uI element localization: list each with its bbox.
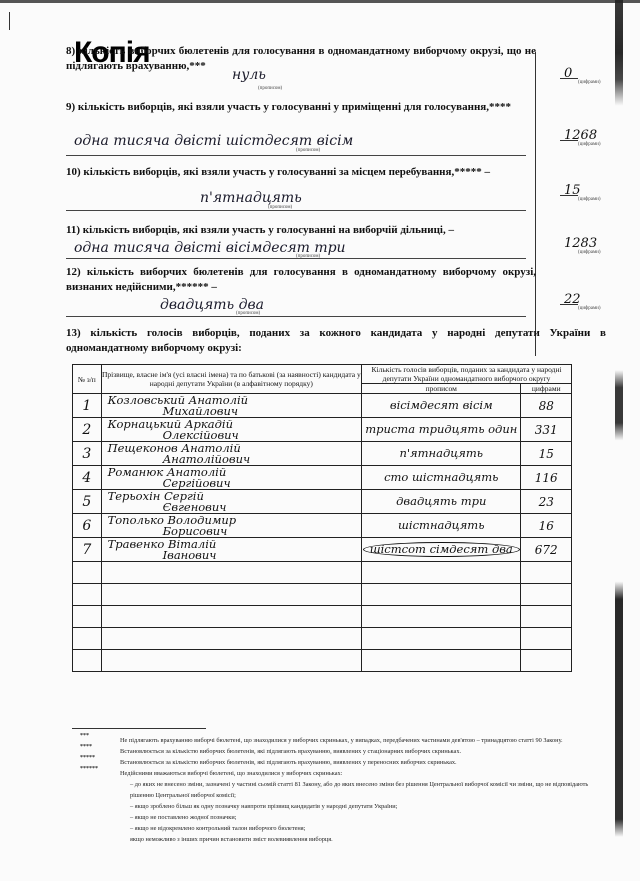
- item-11: 11) кількість виборців, які взяли участь…: [66, 223, 536, 238]
- item-10-words-caption: (прописом): [268, 205, 292, 210]
- empty-cell: [73, 650, 102, 672]
- scan-top-edge: [0, 0, 640, 3]
- item-12-digits-caption: (цифрами): [578, 306, 600, 311]
- circled-votes-words: шістсот сімдесят два: [363, 542, 520, 557]
- table-row: 1Козловський АнатолійМихайловичвісімдеся…: [73, 394, 572, 418]
- candidate-votes-digits: 15: [521, 442, 572, 466]
- footnote-text: Не підлягають врахуванню виборчі бюлетен…: [70, 735, 605, 746]
- candidates-votes-table: № з/п Прізвище, власне ім'я (усі власні …: [72, 364, 572, 672]
- item-12-words-caption: (прописом): [236, 311, 260, 316]
- item-8-label: 8) кількість виборчих бюлетенів для голо…: [66, 44, 536, 74]
- empty-table-row: [73, 650, 572, 672]
- item-12-underline: [66, 316, 526, 317]
- candidate-number: 6: [73, 514, 102, 538]
- footnote-mark: ***: [80, 731, 89, 742]
- candidate-votes-digits: 672: [521, 538, 572, 562]
- table-row: 7Травенко ВіталійІвановичшістсот сімдеся…: [73, 538, 572, 562]
- item-8-words-caption: (прописом): [258, 86, 282, 91]
- candidate-votes-digits: 88: [521, 394, 572, 418]
- candidate-votes-words: триста тридцять один: [362, 418, 521, 442]
- item-10-label: 10) кількість виборців, які взяли участь…: [66, 165, 536, 180]
- table-row: 2Корнацький АркадійОлексійовичтриста три…: [73, 418, 572, 442]
- footnote-bullet: – якщо не відокремлено контрольний талон…: [70, 823, 605, 834]
- candidate-patronymic: Борисович: [108, 526, 362, 537]
- footnote-bullet: – до яких не внесено зміни, зазначені у …: [70, 779, 605, 801]
- footnote-bullet: – якщо не поставлено жодної позначки;: [70, 812, 605, 823]
- table-row: 4Романюк АнатолійСергійовичсто шістнадця…: [73, 466, 572, 490]
- candidate-name: Пещеконов АнатолійАнатолійович: [101, 442, 362, 466]
- footnote: ****Встановлюється за кількістю виборчих…: [70, 746, 605, 757]
- empty-cell: [101, 562, 362, 584]
- digits-underline: [560, 304, 578, 305]
- candidate-number: 4: [73, 466, 102, 490]
- votes-words: п'ятнадцять: [399, 446, 483, 460]
- candidate-number: 2: [73, 418, 102, 442]
- candidate-patronymic: Євгенович: [108, 502, 362, 513]
- candidate-patronymic: Михайлович: [108, 406, 362, 417]
- item-11-label: 11) кількість виборців, які взяли участь…: [66, 223, 536, 238]
- item-9-label: 9) кількість виборців, які взяли участь …: [66, 100, 536, 115]
- empty-cell: [521, 606, 572, 628]
- candidate-patronymic: Олексійович: [108, 430, 362, 441]
- candidate-votes-words: двадцять три: [362, 490, 521, 514]
- item-10-underline: [66, 210, 526, 211]
- votes-words: двадцять три: [396, 494, 486, 508]
- footnote-text: Встановлюється за кількістю виборчих бюл…: [70, 757, 605, 768]
- footnote-text: Недійсними вважаються виборчі бюлетені, …: [70, 768, 605, 779]
- digits-column-divider: [535, 52, 536, 356]
- candidate-name: Тополько ВолодимирБорисович: [101, 514, 362, 538]
- item-9-words: одна тисяча двісті шістдесят вісім: [74, 133, 353, 149]
- candidate-votes-digits: 116: [521, 466, 572, 490]
- candidate-votes-digits: 23: [521, 490, 572, 514]
- header-votes-words: прописом: [362, 384, 521, 394]
- empty-cell: [362, 650, 521, 672]
- item-10: 10) кількість виборців, які взяли участь…: [66, 165, 536, 180]
- footnote: ******Недійсними вважаються виборчі бюле…: [70, 768, 605, 845]
- empty-cell: [362, 562, 521, 584]
- empty-table-row: [73, 584, 572, 606]
- candidate-patronymic: Анатолійович: [108, 454, 362, 465]
- empty-cell: [101, 584, 362, 606]
- candidate-name: Романюк АнатолійСергійович: [101, 466, 362, 490]
- empty-cell: [73, 584, 102, 606]
- item-9-underline: [66, 155, 526, 156]
- table-row: 3Пещеконов АнатолійАнатолійовичп'ятнадця…: [73, 442, 572, 466]
- empty-cell: [362, 628, 521, 650]
- candidate-name: Козловський АнатолійМихайлович: [101, 394, 362, 418]
- empty-cell: [521, 584, 572, 606]
- candidate-number: 5: [73, 490, 102, 514]
- item-8-digits-caption: (цифрами): [578, 80, 600, 85]
- item-11-digits: 1283: [564, 236, 597, 251]
- candidate-number: 1: [73, 394, 102, 418]
- candidate-votes-words: п'ятнадцять: [362, 442, 521, 466]
- empty-cell: [362, 584, 521, 606]
- candidate-number: 7: [73, 538, 102, 562]
- empty-cell: [73, 628, 102, 650]
- digits-underline: [560, 140, 578, 141]
- empty-cell: [101, 606, 362, 628]
- candidate-votes-digits: 331: [521, 418, 572, 442]
- header-number: № з/п: [73, 365, 102, 394]
- candidate-votes-words: сто шістнадцять: [362, 466, 521, 490]
- table-row: 5Терьохін СергійЄвгеновичдвадцять три23: [73, 490, 572, 514]
- scan-edge-shadow: [615, 0, 623, 881]
- footnote-mark: ****: [80, 742, 92, 753]
- empty-cell: [521, 628, 572, 650]
- item-13-label: 13) кількість голосів виборців, поданих …: [66, 326, 606, 356]
- votes-words: сто шістнадцять: [384, 470, 498, 484]
- item-9: 9) кількість виборців, які взяли участь …: [66, 100, 536, 115]
- empty-table-row: [73, 628, 572, 650]
- empty-table-row: [73, 562, 572, 584]
- empty-cell: [73, 562, 102, 584]
- candidate-votes-digits: 16: [521, 514, 572, 538]
- scan-mark: [9, 12, 10, 30]
- empty-cell: [521, 650, 572, 672]
- item-8: 8) кількість виборчих бюлетенів для голо…: [66, 44, 536, 74]
- item-10-words: п'ятнадцять: [200, 190, 302, 206]
- footnote-mark: ******: [80, 764, 98, 775]
- candidate-number: 3: [73, 442, 102, 466]
- candidate-votes-words: шістсот сімдесят два: [362, 538, 521, 562]
- candidate-votes-words: вісімдесят вісім: [362, 394, 521, 418]
- footnote-bullet: якщо неможливо з інших причин встановити…: [70, 834, 605, 845]
- empty-cell: [73, 606, 102, 628]
- empty-cell: [362, 606, 521, 628]
- footnotes: ***Не підлягають врахуванню виборчі бюле…: [70, 735, 605, 845]
- footnote: *****Встановлюється за кількістю виборчи…: [70, 757, 605, 768]
- candidate-name: Корнацький АркадійОлексійович: [101, 418, 362, 442]
- item-12: 12) кількість виборчих бюлетенів для гол…: [66, 265, 536, 295]
- header-votes-group: Кількість голосів виборців, поданих за к…: [362, 365, 572, 384]
- footnote-text: Встановлюється за кількістю виборчих бюл…: [70, 746, 605, 757]
- item-9-words-caption: (прописом): [296, 148, 320, 153]
- header-votes-digits: цифрами: [521, 384, 572, 394]
- candidate-name: Терьохін СергійЄвгенович: [101, 490, 362, 514]
- item-9-digits-caption: (цифрами): [578, 142, 600, 147]
- footnote-mark: *****: [80, 753, 95, 764]
- table-row: 6Тополько ВолодимирБорисовичшістнадцять1…: [73, 514, 572, 538]
- empty-cell: [521, 562, 572, 584]
- digits-underline: [560, 195, 578, 196]
- header-candidate-name: Прізвище, власне ім'я (усі власні імена)…: [101, 365, 362, 394]
- item-11-words-caption: (прописом): [296, 254, 320, 259]
- votes-words: триста тридцять один: [365, 422, 517, 436]
- digits-underline: [560, 78, 578, 79]
- empty-cell: [101, 650, 362, 672]
- candidate-name: Травенко ВіталійІванович: [101, 538, 362, 562]
- item-11-digits-caption: (цифрами): [578, 250, 600, 255]
- candidate-votes-words: шістнадцять: [362, 514, 521, 538]
- item-13: 13) кількість голосів виборців, поданих …: [66, 326, 606, 356]
- footnote: ***Не підлягають врахуванню виборчі бюле…: [70, 735, 605, 746]
- item-8-words: нуль: [232, 67, 266, 83]
- candidate-patronymic: Іванович: [108, 550, 362, 561]
- candidate-patronymic: Сергійович: [108, 478, 362, 489]
- footnote-separator: [72, 728, 206, 729]
- empty-cell: [101, 628, 362, 650]
- item-10-digits-caption: (цифрами): [578, 197, 600, 202]
- item-12-label: 12) кількість виборчих бюлетенів для гол…: [66, 265, 536, 295]
- footnote-bullet: – якщо зроблено більш як одну позначку н…: [70, 801, 605, 812]
- empty-table-row: [73, 606, 572, 628]
- votes-words: вісімдесят вісім: [390, 398, 493, 412]
- votes-words: шістнадцять: [398, 518, 484, 532]
